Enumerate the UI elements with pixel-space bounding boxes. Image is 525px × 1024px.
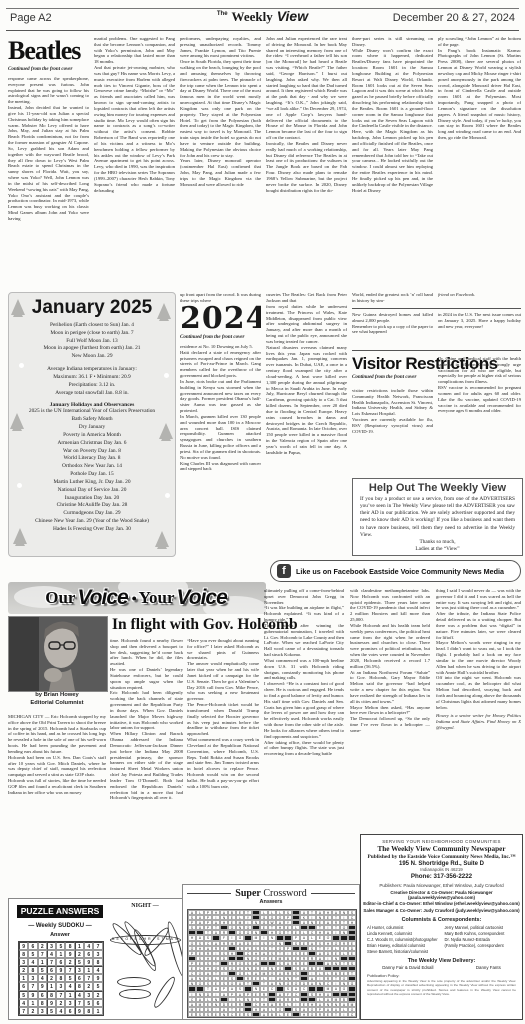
sudoku-cell: 1 (75, 942, 84, 950)
holcomb-column-1: MICHIGAN CITY — Eric Holcomb stopped by … (8, 714, 106, 894)
sudoku-cell: 5 (93, 982, 102, 990)
y2024-column-1: up front apart from the crowd. It was du… (180, 292, 261, 558)
sudoku-cell: 5 (19, 991, 28, 999)
sudoku-cell: 1 (65, 991, 74, 999)
sudoku-cell: 3 (38, 1007, 47, 1015)
sudoku-cell: 7 (93, 942, 102, 950)
header-top-rule (6, 8, 519, 9)
masthead-delivery: Danny Fair & David Edsall Danny Fants (361, 965, 522, 970)
list-item: Hades Is Freezing Over Day Jan. 30 (23, 526, 161, 534)
beatles-column-2: marital problems. One suggested to Pang … (94, 36, 175, 288)
sudoku-cell: 7 (65, 966, 74, 974)
list-item: Curmudgeons Day Jan. 29 (23, 510, 161, 518)
sudoku-cell: 2 (75, 950, 84, 958)
brian-howey-photo (8, 616, 108, 692)
crossword-cell: A (260, 1012, 268, 1017)
crossword-cell: N (220, 1012, 228, 1017)
sudoku-cell: 5 (65, 974, 74, 982)
sudoku-cell: 6 (38, 991, 47, 999)
sudoku-cell: 4 (28, 958, 37, 966)
word-search-title: NIGHT — (111, 903, 179, 909)
issue-date: December 20 & 27, 2024 (393, 12, 515, 24)
byline-author: by Brian Howey (8, 692, 106, 700)
sudoku-cell: 7 (56, 991, 65, 999)
article-column: residence at No. 10 Downing on July 5. H… (180, 344, 261, 472)
crossword-cell: H (300, 1012, 308, 1017)
sudoku-cell: 1 (28, 999, 37, 1007)
sudoku-cell: 6 (28, 942, 37, 950)
sudoku-cell: 8 (93, 958, 102, 966)
super-crossword-panel: Super Crossword Answers ALPHABETLLLSUTAH… (182, 884, 360, 1020)
holcomb-column-2: time. Holcomb found a nearby flower shop… (110, 638, 183, 878)
beatles-column-1: Beatles Continued from the front cover r… (8, 36, 89, 288)
sudoku-cell: 9 (38, 982, 47, 990)
crossword-cell: T (332, 1012, 340, 1017)
list-item: Bath Safety Month (23, 416, 161, 424)
sudoku-cell: 3 (19, 958, 28, 966)
list-item: Chinese New Year Jan. 29 (Year of the Wo… (23, 518, 161, 526)
sudoku-cell: 2 (84, 982, 93, 990)
beatles-column-6: ply scrawling “John Lennon” at the botto… (438, 36, 521, 288)
list-item: Poverty in America Month (23, 432, 161, 440)
word-search-answer: NIGHT — BEFORECHRISTMAS (111, 903, 179, 1015)
help-out-title: Help Out The Weekly View (353, 482, 522, 494)
sudoku-cell: 5 (38, 966, 47, 974)
sudoku-cell: 5 (47, 1007, 56, 1015)
sudoku-cell: 1 (38, 958, 47, 966)
sudoku-cell: 2 (65, 958, 74, 966)
list-item: New Moon Jan. 29 (23, 353, 161, 361)
article-column: from royal duties while he underwent tre… (266, 304, 347, 556)
visitor-column-1: visitor restrictions include those withi… (352, 388, 433, 474)
section-rule (352, 350, 521, 351)
january-box-content: January 2025 Perihelion (Earth closest t… (23, 297, 161, 552)
list-item: Martin Luther King, Jr. Day Jan. 20 (23, 479, 161, 487)
sudoku-cell: 2 (38, 942, 47, 950)
sudoku-cell: 5 (56, 942, 65, 950)
holcomb-column-4: ultimately pulling off a come-from-behin… (264, 588, 344, 890)
masthead-weekly: Weekly (232, 9, 273, 24)
sudoku-cell: 6 (65, 1007, 74, 1015)
crossword-cell: C (228, 1012, 236, 1017)
sudoku-cell: 8 (19, 950, 28, 958)
list-item: Armenian Christmas Day Jan. 6 (23, 440, 161, 448)
tree-icon (159, 423, 173, 439)
tree-icon (10, 413, 24, 429)
y2024-headline: 2024 (180, 304, 261, 334)
masthead-info-box: SERVING YOUR NEIGHBORHOOD COMMUNITIES Th… (360, 834, 523, 1020)
sudoku-cell: 3 (65, 999, 74, 1007)
masthead-view: View (277, 8, 308, 24)
y2024-tail-b: in 2024 in the U.S. The next issue comes… (438, 312, 521, 348)
header-rule-right (311, 893, 355, 894)
help-out-body: If you buy a product or use a service, f… (360, 496, 515, 539)
columnists-left-list: Al Hunter, columnistLinda Kennett, colum… (367, 925, 439, 956)
sudoku-cell: 7 (84, 974, 93, 982)
list-item: Moon in apogee (furthest from earth) Jan… (23, 345, 161, 353)
delivery-name-2: Danny Fants (476, 965, 501, 970)
sudoku-cell: 3 (75, 966, 84, 974)
sudoku-cell: 4 (19, 999, 28, 1007)
y2024-tail-a: New Guinea destroyed homes and killed al… (352, 312, 433, 348)
list-item: Moon in perigee (close to earth) Jan. 7 (23, 330, 161, 338)
masthead-paper-title: The Weekly View Community Newspaper (361, 845, 522, 853)
sudoku-cell: 2 (93, 991, 102, 999)
help-out-signature-2: Ladies at the “View” (353, 546, 522, 553)
newspaper-page: Page A2 The Weekly View December 20 & 27… (0, 0, 525, 1024)
sudoku-cell: 9 (19, 942, 28, 950)
beatles-tail-mid-b: cuseries The Beatles: Get Back from Pete… (266, 292, 347, 304)
sudoku-cell: 5 (84, 999, 93, 1007)
y2024-column-2: cuseries The Beatles: Get Back from Pete… (266, 292, 347, 558)
crossword-cell: I (340, 1012, 348, 1017)
holcomb-byline: by Brian Howey Editorial Columnist (8, 692, 106, 708)
sudoku-cell: 4 (84, 942, 93, 950)
masthead-delivery-header: The Weekly View Delivery: (361, 958, 522, 964)
facebook-banner-label: Like us on Facebook Eastside Voice Commu… (296, 567, 504, 576)
sudoku-cell: 3 (93, 950, 102, 958)
snowflake-icon (164, 373, 169, 378)
header-rule-left (187, 893, 231, 894)
list-item: Orthodox New Year Jan. 14 (23, 463, 161, 471)
delivery-name-1: Danny Fair & David Edsall (382, 965, 433, 970)
crossword-cell: R (316, 1012, 324, 1017)
masthead-policy-header: Publication Policy: (367, 973, 516, 978)
sudoku-cell: 4 (65, 982, 74, 990)
list-item: Average total snowfall Jan. 8.8 in. (23, 390, 161, 398)
article-column: thing I said I would never do — was with… (436, 588, 521, 710)
sudoku-cell: 8 (65, 942, 74, 950)
sudoku-cell: 9 (75, 1007, 84, 1015)
sudoku-cell: 9 (56, 966, 65, 974)
january-title: January 2025 (23, 297, 161, 319)
sudoku-cell: 3 (47, 942, 56, 950)
sudoku-cell: 4 (93, 966, 102, 974)
list-item: War on Poverty Day Jan. 8 (23, 448, 161, 456)
january-holidays-list: 2025 is the UN International Year of Gla… (23, 408, 161, 533)
crossword-title: Super Crossword (235, 888, 306, 899)
list-item: Pothole Day Jan. 15 (23, 471, 161, 479)
help-out-box: Help Out The Weekly View If you buy a pr… (352, 478, 523, 556)
word-circle (151, 975, 178, 1010)
sudoku-cell: 7 (19, 1007, 28, 1015)
sudoku-cell: 2 (28, 1007, 37, 1015)
sudoku-cell: 9 (84, 958, 93, 966)
puzzle-answers-header: PUZZLE ANSWERS (17, 905, 103, 918)
our-voice-your-voice-banner: Our Voice • Your Voice (8, 582, 266, 614)
crossword-cell: E (324, 1012, 332, 1017)
sudoku-cell: 2 (47, 974, 56, 982)
banner-word-voice-1: Voice (77, 586, 127, 610)
beatles-column-3: performers, underpaying royalties, and p… (180, 36, 261, 288)
banner-word-your: Your (139, 588, 175, 608)
list-item: Steve Barnett, historian/columnist (367, 949, 439, 955)
sudoku-cell: 6 (19, 982, 28, 990)
crossword-cell: B (268, 1012, 276, 1017)
sudoku-cell: 9 (65, 950, 74, 958)
sudoku-cell: 8 (75, 982, 84, 990)
sudoku-cell: 8 (38, 999, 47, 1007)
beatles-tail-right-b: friend on Facebook. (438, 292, 521, 305)
list-item: Sales Manager & Co-Owner: Judy Crawford … (361, 908, 522, 913)
crossword-cell: E (284, 1012, 292, 1017)
snowflake-icon (165, 493, 170, 498)
sudoku-cell: 8 (56, 974, 65, 982)
beatles-headline: Beatles (8, 36, 89, 66)
sudoku-cell: 9 (47, 999, 56, 1007)
word-search-grid: BEFORECHRISTMAS (111, 911, 179, 1009)
visitor-column-2: Dr. Caine and medical staff with the hea… (438, 356, 521, 474)
crossword-cell: C (348, 1012, 356, 1017)
january-astronomy-list: Perihelion (Earth closest to Sun) Jan. 4… (23, 322, 161, 397)
beatles-tail-right-a: World, ended the greatest rock ’n’ roll … (352, 292, 433, 305)
masthead-owners-list: Creative Director & Co-Owner: Paula Nice… (361, 890, 522, 913)
crossword-answer-grid: ALPHABETLLLSUTAHANSSUPINELYGOOPKINETICPA… (187, 909, 357, 1018)
crossword-cell: S (204, 1012, 212, 1017)
sudoku-cell: 6 (93, 999, 102, 1007)
sudoku-cell: 4 (56, 1007, 65, 1015)
sudoku-cell: 8 (84, 1007, 93, 1015)
list-item: Precipitation: 3.12 in. (23, 382, 161, 390)
list-item: Creative Director & Co-Owner: Paula Nice… (361, 890, 522, 900)
crossword-cell: E (188, 1012, 196, 1017)
sudoku-cell: 6 (56, 958, 65, 966)
sudoku-cell: 7 (28, 982, 37, 990)
masthead-policy-text: Advertising appearing in the Weekly View… (367, 979, 516, 996)
crossword-cell: O (308, 1012, 316, 1017)
sudoku-cell: 2 (19, 966, 28, 974)
facebook-icon: f (277, 564, 291, 578)
sudoku-answer-grid: 9623581478574192633417625982856973141342… (18, 941, 104, 1016)
crossword-title-super: Super (235, 888, 261, 899)
holcomb-credit: Howey is a senior writer for Howey Polit… (436, 713, 521, 730)
puzzle-answers-panel: PUZZLE ANSWERS — Weekly SUDOKU — Answer … (8, 898, 184, 1020)
masthead-the: The (217, 11, 228, 17)
list-item: Dry January (23, 424, 161, 432)
sudoku-cell: 1 (47, 982, 56, 990)
facebook-banner[interactable]: f Like us on Facebook Eastside Voice Com… (270, 560, 521, 582)
crossword-answers-label: Answers (183, 899, 359, 905)
sudoku-cell: 8 (47, 991, 56, 999)
sudoku-cell: 3 (28, 974, 37, 982)
sudoku-answer-label: Answer (11, 932, 109, 938)
beatles-continued-note: Continued from the front cover (8, 67, 89, 72)
crossword-cell: E (212, 1012, 220, 1017)
sudoku-cell: 1 (93, 1007, 102, 1015)
masthead-serving-line: SERVING YOUR NEIGHBORHOOD COMMUNITIES (361, 839, 522, 844)
sudoku-cell: 5 (75, 958, 84, 966)
sudoku-cell: 6 (84, 950, 93, 958)
list-item: Christine McAuliffe Day Jan. 28 (23, 502, 161, 510)
sudoku-cell: 4 (38, 974, 47, 982)
sudoku-cell: 1 (84, 966, 93, 974)
sudoku-cell: 2 (56, 999, 65, 1007)
january-2025-calendar-box: January 2025 Perihelion (Earth closest t… (8, 292, 176, 557)
sudoku-cell: 1 (56, 950, 65, 958)
sudoku-cell: 7 (47, 958, 56, 966)
beatles-column-5: three-part series is still streaming on … (352, 36, 433, 288)
masthead-publishers: Publishers: Paula Nicewanger, Ethel Wins… (361, 883, 522, 888)
beatles-column-4: John and Julian experienced the rare tre… (266, 36, 347, 288)
header-bottom-rule (6, 30, 519, 31)
masthead-city: Indianapolis IN 46219 (361, 867, 522, 872)
sudoku-cell: 9 (93, 974, 102, 982)
portrait-illustration (9, 617, 107, 691)
sudoku-cell: 4 (75, 991, 84, 999)
list-item: Average Indiana temperatures in January: (23, 366, 161, 374)
holcomb-column-6: thing I said I would never do — was with… (436, 588, 521, 830)
sudoku-cell: 3 (56, 982, 65, 990)
section-rule (352, 308, 521, 309)
sudoku-cell: 8 (28, 966, 37, 974)
sudoku-cell: 6 (75, 974, 84, 982)
sudoku-cell: 7 (75, 999, 84, 1007)
sudoku-title: — Weekly SUDOKU — (11, 923, 109, 929)
list-item: Maximum: 36.1 F • Minimum: 20.9 (23, 374, 161, 382)
word-circle (117, 977, 151, 987)
banner-word-voice-2: Voice (177, 586, 227, 610)
snowflake-icon (17, 483, 22, 488)
crossword-cell: L (276, 1012, 284, 1017)
columnists-right-list: Jerry Mannel, political cartoonistMary B… (444, 925, 516, 956)
article-column: response came across the speakerphone, e… (8, 76, 89, 222)
sudoku-cell: 9 (28, 991, 37, 999)
list-item: Perihelion (Earth closest to Sun) Jan. 4 (23, 322, 161, 330)
byline-role: Editorial Columnist (8, 700, 106, 708)
sudoku-cell: 5 (28, 950, 37, 958)
list-item: (Family Practice), correspondent (444, 943, 516, 949)
crossword-cell (292, 1012, 300, 1017)
masthead-publisher-line: Published by the Eastside Voice Communit… (361, 854, 522, 860)
sudoku-cell: 4 (47, 950, 56, 958)
masthead-phone: Phone: 317-356-2222 (361, 873, 522, 880)
sudoku-cell: 6 (47, 966, 56, 974)
crossword-cell: S (244, 1012, 252, 1017)
banner-word-our: Our (45, 588, 75, 608)
list-item: World Literacy Day Jan. 8 (23, 455, 161, 463)
crossword-header: Super Crossword (187, 888, 355, 899)
sudoku-cell: 7 (38, 950, 47, 958)
crossword-title-rest: Crossword (263, 888, 306, 899)
banner-separator-dot: • (132, 590, 137, 606)
holcomb-column-5: with clandestine methamphetamine labs. N… (350, 588, 430, 830)
sudoku-cell: 3 (84, 991, 93, 999)
crossword-cell (252, 1012, 260, 1017)
masthead-columnists: Al Hunter, columnistLinda Kennett, colum… (367, 925, 516, 956)
masthead-columnists-header: Columnists & Correspondents: (361, 917, 522, 923)
sudoku-cell: 1 (19, 974, 28, 982)
holcomb-column-3: “Have you ever thought about running for… (187, 638, 259, 878)
word-circle (119, 989, 151, 999)
crossword-cell: E (236, 1012, 244, 1017)
list-item: Editor-in-Chief & Co-Owner: Ethel Winslo… (361, 901, 522, 906)
list-item: National Day of Service Jan. 20 (23, 487, 161, 495)
crossword-cell: S (196, 1012, 204, 1017)
